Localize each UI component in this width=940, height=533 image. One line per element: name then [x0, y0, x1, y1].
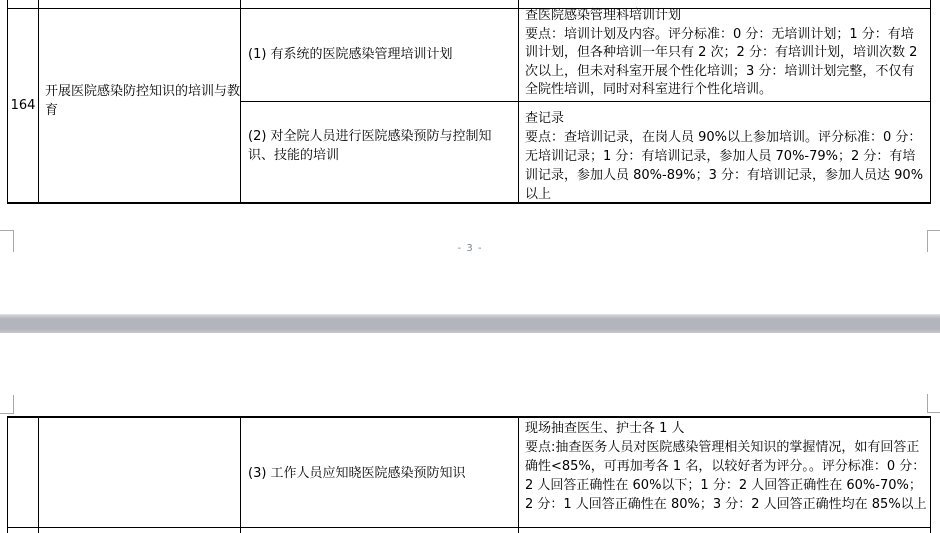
margin-corner-mark — [927, 394, 928, 412]
assessment-table-page3: 164 开展医院感染防控知识的培训与教育 (1) 有系统的医院感染管理培训计划 … — [7, 0, 931, 204]
grid-line — [930, 416, 931, 533]
grid-line — [7, 416, 8, 533]
table-page-cut-border — [7, 416, 931, 418]
criterion-3-cell: (3) 工作人员应知晓医院感染预防知识 — [248, 464, 514, 483]
row-number: 164 — [11, 98, 36, 113]
page-separator — [0, 314, 940, 333]
grid-line — [518, 416, 519, 533]
grid-line — [930, 0, 931, 204]
grid-line — [518, 0, 519, 204]
criterion-2-cell: (2) 对全院人员进行医院感染预防与控制知识、技能的培训 — [248, 127, 516, 165]
method-1-cell: 查医院感染管理科培训计划 要点：培训计划及内容。评分标准：0 分：无培训计划；1… — [525, 7, 925, 100]
row-number-cell: 164 — [8, 9, 38, 202]
margin-corner-mark — [927, 412, 940, 413]
item-title-cell: 开展医院感染防控知识的培训与教育 — [45, 82, 241, 120]
grid-line — [7, 527, 931, 528]
grid-line — [38, 0, 39, 204]
grid-line — [240, 416, 241, 533]
grid-line — [240, 101, 931, 102]
margin-corner-mark — [13, 395, 14, 413]
method-2-cell: 查记录 要点：查培训记录，在岗人员 90%以上参加培训。评分标准：0 分：无培训… — [525, 109, 925, 204]
margin-corner-mark — [0, 413, 14, 414]
assessment-table-page4: (3) 工作人员应知晓医院感染预防知识 现场抽查医生、护士各 1 人 要点:抽查… — [7, 416, 931, 533]
document-view: 164 开展医院感染防控知识的培训与教育 (1) 有系统的医院感染管理培训计划 … — [0, 0, 940, 533]
method-3-cell: 现场抽查医生、护士各 1 人 要点:抽查医务人员对医院感染管理相关知识的掌握情况… — [525, 419, 929, 514]
margin-corner-mark — [0, 230, 14, 231]
criterion-1-cell: (1) 有系统的医院感染管理培训计划 — [248, 45, 514, 64]
margin-corner-mark — [927, 230, 940, 231]
grid-line — [38, 416, 39, 533]
page-number: - 3 - — [0, 243, 940, 254]
